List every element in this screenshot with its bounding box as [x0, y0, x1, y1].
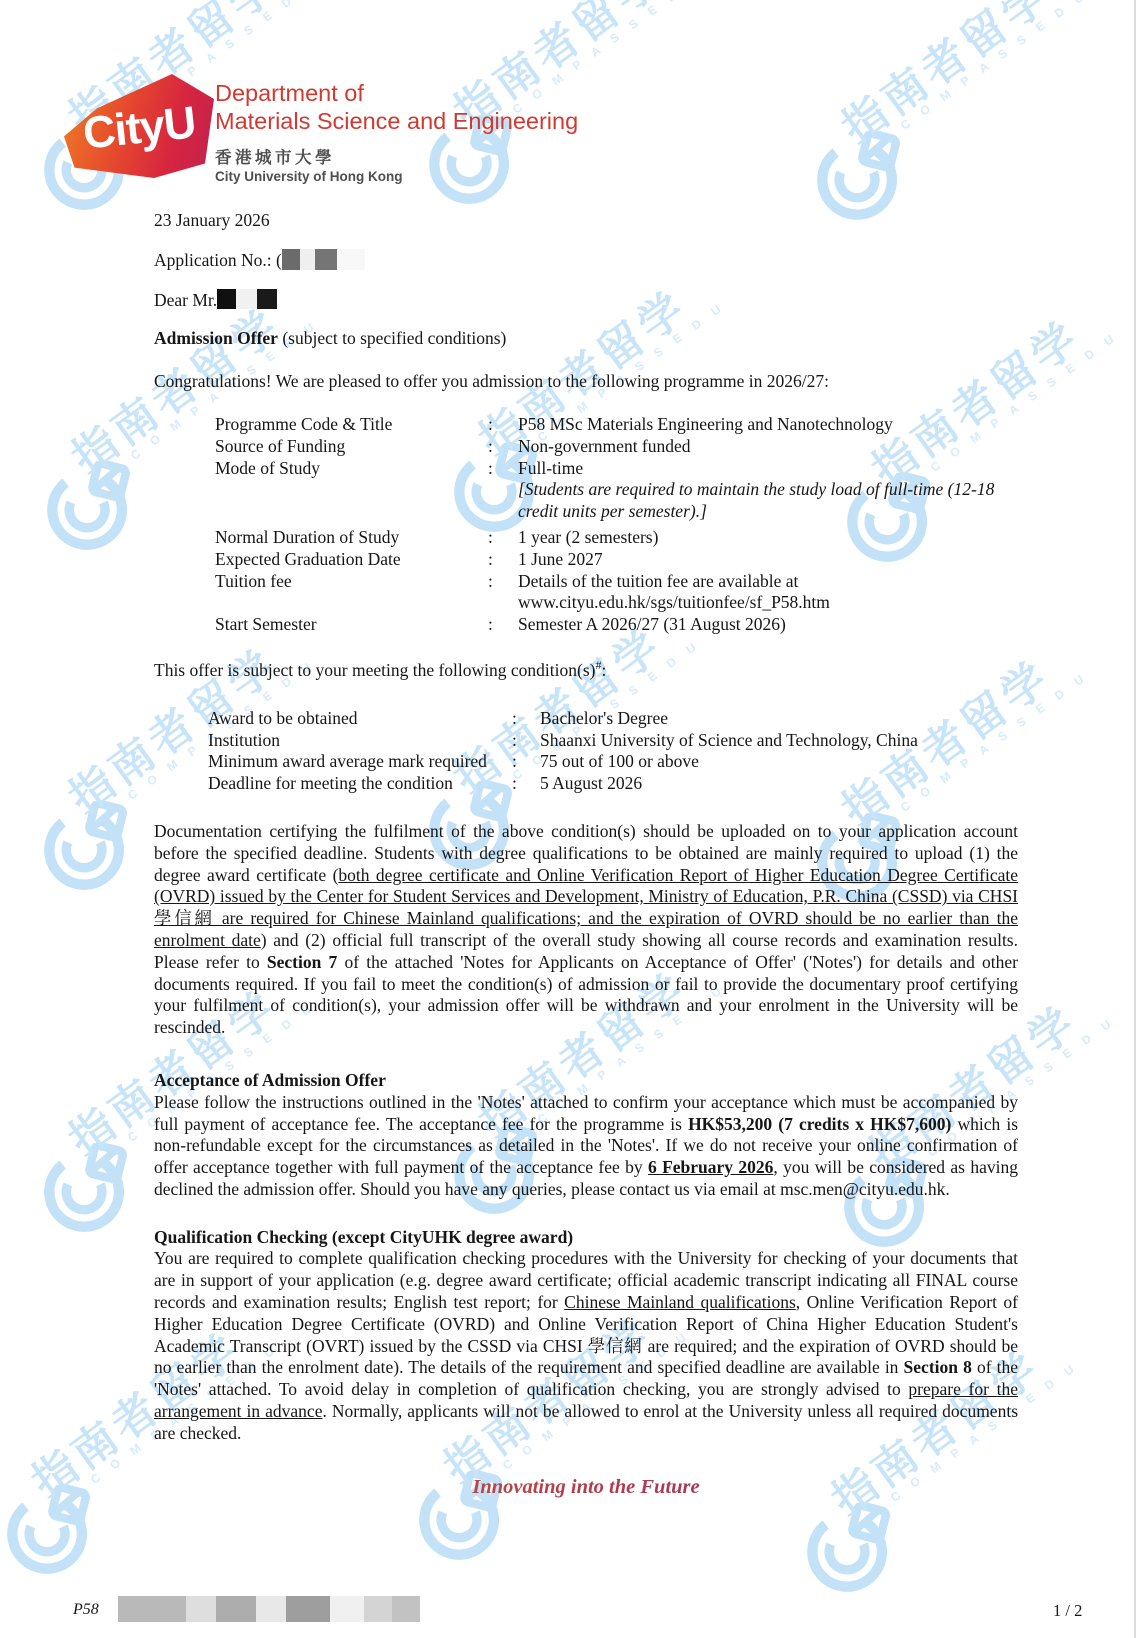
table-row: Deadline for meeting the condition : 5 A…	[208, 773, 1018, 795]
row-colon: :	[488, 527, 518, 549]
redacted-block	[216, 1596, 256, 1622]
compass-logo-icon	[802, 1503, 896, 1597]
redacted-application-no	[300, 249, 315, 270]
cityu-logo: CityU	[64, 74, 214, 178]
row-value: Full-time	[518, 458, 1018, 480]
row-value: Bachelor's Degree	[540, 708, 1018, 730]
table-row: Mode of Study : Full-time	[215, 458, 1018, 480]
qualification-underlined-mainland: Chinese Mainland qualifications	[564, 1292, 796, 1312]
section-8-reference: Section 8	[904, 1357, 972, 1377]
qualification-heading: Qualification Checking (except CityUHK d…	[154, 1227, 1018, 1249]
letter-subject: Admission Offer (subject to specified co…	[154, 328, 1018, 350]
row-value: Shaanxi University of Science and Techno…	[540, 730, 1018, 752]
congratulations-line: Congratulations! We are pleased to offer…	[154, 371, 1018, 393]
conditions-intro-colon: :	[601, 660, 606, 680]
mode-of-study-note: [Students are required to maintain the s…	[518, 479, 1018, 523]
table-row: Minimum award average mark required : 75…	[208, 751, 1018, 773]
compass-logo-icon	[39, 801, 133, 895]
acceptance-heading: Acceptance of Admission Offer	[154, 1070, 1018, 1092]
redacted-name	[217, 289, 236, 309]
page-edge-line	[1134, 0, 1136, 1638]
table-row: Award to be obtained : Bachelor's Degree	[208, 708, 1018, 730]
subject-qualifier: (subject to specified conditions)	[278, 328, 506, 348]
subject-title: Admission Offer	[154, 328, 278, 348]
letter-body: 23 January 2026 Application No.: ( Dear …	[154, 210, 1018, 1498]
row-value: P58 MSc Materials Engineering and Nanote…	[518, 414, 1018, 436]
redacted-application-no	[282, 249, 300, 270]
row-value: 1 year (2 semesters)	[518, 527, 1018, 549]
redacted-application-no	[315, 249, 337, 270]
table-row: Programme Code & Title : P58 MSc Materia…	[215, 414, 1018, 436]
redacted-application-no	[337, 249, 365, 270]
row-label-empty	[215, 479, 488, 523]
watermark-english: C O M P A S S E D U	[896, 0, 1094, 137]
table-row-note: [Students are required to maintain the s…	[215, 479, 1018, 523]
redacted-block	[256, 1596, 286, 1622]
row-value: Non-government funded	[518, 436, 1018, 458]
row-label: Award to be obtained	[208, 708, 512, 730]
row-label: Mode of Study	[215, 458, 488, 480]
header-department-block: Department of Materials Science and Engi…	[215, 80, 578, 185]
row-colon: :	[512, 751, 540, 773]
cityu-logo-text: CityU	[59, 68, 219, 187]
compass-logo-icon	[39, 1143, 133, 1237]
row-label: Start Semester	[215, 614, 488, 636]
application-no-label: Application No.:	[154, 250, 272, 270]
university-name-chinese: 香港城市大學	[215, 149, 578, 168]
department-name-line2: Materials Science and Engineering	[215, 108, 578, 136]
watermark: 指南者留学C O M P A S S E D U	[818, 18, 1078, 223]
row-label: Deadline for meeting the condition	[208, 773, 512, 795]
row-label: Minimum award average mark required	[208, 751, 512, 773]
compass-logo-icon	[2, 1485, 96, 1579]
row-value: 75 out of 100 or above	[540, 751, 1018, 773]
row-value: 5 August 2026	[540, 773, 1018, 795]
row-label: Institution	[208, 730, 512, 752]
table-row: Expected Graduation Date : 1 June 2027	[215, 549, 1018, 571]
university-name-english: City University of Hong Kong	[215, 168, 578, 185]
table-row: Start Semester : Semester A 2026/27 (31 …	[215, 614, 1018, 636]
qualification-paragraph: You are required to complete qualificati…	[154, 1248, 1018, 1444]
conditions-intro-text: This offer is subject to your meeting th…	[154, 660, 595, 680]
conditions-intro-line: This offer is subject to your meeting th…	[154, 660, 1018, 682]
acceptance-fee-amount: HK$53,200 (7 credits x HK$7,600)	[688, 1114, 951, 1134]
row-colon: :	[488, 436, 518, 458]
redacted-footer-reference	[118, 1596, 420, 1622]
row-label: Source of Funding	[215, 436, 488, 458]
row-colon: :	[488, 614, 518, 636]
row-colon: :	[512, 708, 540, 730]
footer-programme-code: P58	[73, 1599, 99, 1621]
watermark-chinese: 指南者留学	[841, 0, 1078, 143]
application-no-line: Application No.: (	[154, 249, 1018, 272]
department-name-line1: Department of	[215, 80, 578, 108]
redacted-name	[236, 289, 257, 309]
row-colon: :	[512, 730, 540, 752]
row-colon: :	[512, 773, 540, 795]
documentation-paragraph: Documentation certifying the fulfilment …	[154, 821, 1018, 1039]
innovating-tagline: Innovating into the Future	[154, 1477, 1018, 1499]
compass-logo-icon	[42, 461, 136, 555]
row-label: Programme Code & Title	[215, 414, 488, 436]
table-row: Source of Funding : Non-government funde…	[215, 436, 1018, 458]
row-label: Normal Duration of Study	[215, 527, 488, 549]
row-label: Expected Graduation Date	[215, 549, 488, 571]
row-colon-empty	[488, 479, 518, 523]
redacted-name	[257, 289, 277, 309]
row-label: Tuition fee	[215, 571, 488, 615]
table-row: Institution : Shaanxi University of Scie…	[208, 730, 1018, 752]
acceptance-paragraph: Please follow the instructions outlined …	[154, 1092, 1018, 1201]
row-colon: :	[488, 458, 518, 480]
table-row: Tuition fee : Details of the tuition fee…	[215, 571, 1018, 615]
offer-letter-page: 指南者留学C O M P A S S E D U指南者留学C O M P A S…	[0, 0, 1138, 1638]
row-colon: :	[488, 571, 518, 615]
redacted-block	[286, 1596, 330, 1622]
salutation-line: Dear Mr.	[154, 289, 1018, 312]
acceptance-deadline-date: 6 February 2026	[648, 1157, 773, 1177]
programme-details-table: Programme Code & Title : P58 MSc Materia…	[215, 414, 1018, 636]
redacted-block	[118, 1596, 186, 1622]
row-value: Semester A 2026/27 (31 August 2026)	[518, 614, 1018, 636]
redacted-block	[186, 1596, 216, 1622]
salutation: Dear Mr.	[154, 290, 217, 310]
redacted-block	[330, 1596, 364, 1622]
row-colon: :	[488, 549, 518, 571]
section-7-reference: Section 7	[267, 952, 337, 972]
conditions-table: Award to be obtained : Bachelor's Degree…	[208, 708, 1018, 795]
table-row: Normal Duration of Study : 1 year (2 sem…	[215, 527, 1018, 549]
row-value: Details of the tuition fee are available…	[518, 571, 1018, 615]
redacted-block	[364, 1596, 392, 1622]
row-colon: :	[488, 414, 518, 436]
letter-date: 23 January 2026	[154, 210, 1018, 232]
watermark-text: 指南者留学C O M P A S S E D U	[841, 0, 1094, 165]
row-value: 1 June 2027	[518, 549, 1018, 571]
page-number: 1 / 2	[1053, 1600, 1082, 1622]
redacted-block	[392, 1596, 420, 1622]
